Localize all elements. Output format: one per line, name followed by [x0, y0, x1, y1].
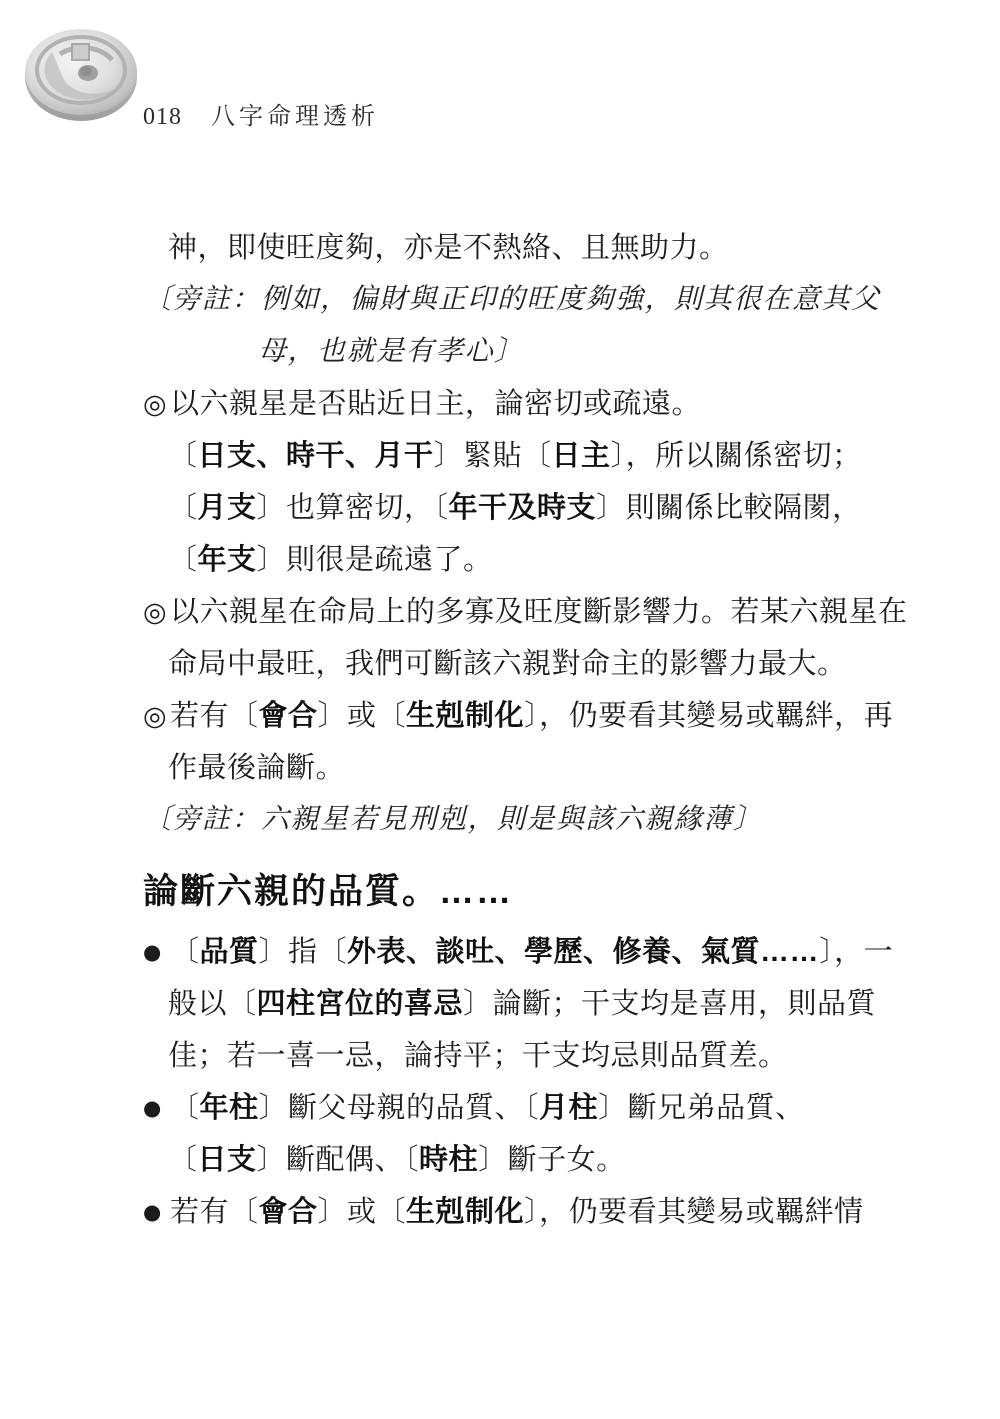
emphasized-term: 年干及時支 [449, 492, 597, 524]
text-line: ●〔品質〕指〔外表、談吐、學歷、修養、氣質……〕，一 [143, 926, 933, 978]
emphasized-term: 外表、談吐、學歷、修養、氣質…… [347, 936, 819, 968]
sidenote-line: 母，也就是有孝心〕 [143, 326, 933, 378]
text-line: ◎以六親星在命局上的多寡及旺度斷影響力。若某六親星在 [143, 586, 933, 638]
text-segment: 〔 [168, 544, 198, 576]
text-line: ●若有〔會合〕或〔生剋制化〕，仍要看其變易或羈絆情 [143, 1186, 933, 1238]
text-segment: 佳；若一喜一忌，論持平；干支均忌則品質差。 [168, 1040, 788, 1072]
bullet-dot-icon: ● [143, 1082, 170, 1134]
text-segment: 〕或〔 [318, 700, 407, 732]
text-segment: 若有〔 [170, 1196, 259, 1228]
text-line: ◎以六親星是否貼近日主，論密切或疏遠。 [143, 378, 933, 430]
text-segment: 〕則很是疏遠了。 [257, 544, 493, 576]
emphasized-term: 日支 [198, 1144, 257, 1176]
text-segment: 〔 [168, 492, 198, 524]
text-segment: 〕也算密切，〔 [257, 492, 449, 524]
text-line: ◎若有〔會合〕或〔生剋制化〕，仍要看其變易或羈絆，再 [143, 690, 933, 742]
text-segment: 〔 [168, 440, 198, 472]
text-segment: 〕斷子女。 [478, 1144, 626, 1176]
text-segment: 〕則關係比較隔閡， [596, 492, 862, 524]
text-segment: 若有〔 [170, 700, 259, 732]
text-segment: 〕論斷；干支均是喜用，則品質 [463, 988, 876, 1020]
text-line: 般以〔四柱宮位的喜忌〕論斷；干支均是喜用，則品質 [143, 978, 933, 1030]
page-number: 018 [143, 104, 182, 131]
emphasized-term: 會合 [259, 1196, 318, 1228]
emphasized-term: 生剋制化 [406, 700, 524, 732]
text-line: 〔日支、時干、月干〕緊貼〔日主〕，所以關係密切； [143, 430, 933, 482]
bullet-dot-icon: ● [143, 926, 170, 978]
text-segment: 〕，仍要看其變易或羈絆情 [524, 1196, 864, 1228]
text-line: 〔日支〕斷配偶、〔時柱〕斷子女。 [143, 1134, 933, 1186]
text-segment: 〕指〔 [259, 936, 348, 968]
emphasized-term: 時柱 [419, 1144, 478, 1176]
text-segment: 〕斷配偶、〔 [257, 1144, 420, 1176]
text-segment: 〔 [170, 936, 200, 968]
text-line: 作最後論斷。 [143, 742, 933, 794]
sidenote-line: 〔旁註：六親星若見刑剋，則是與該六親緣薄〕 [143, 794, 933, 846]
emphasized-term: 年柱 [200, 1092, 259, 1124]
text-segment: 論斷六親的品質。…… [143, 872, 513, 911]
emphasized-term: 品質 [200, 936, 259, 968]
text-line: ●〔年柱〕斷父母親的品質、〔月柱〕斷兄弟品質、 [143, 1082, 933, 1134]
bullet-circle-icon: ◎ [143, 379, 170, 431]
text-segment: 〕斷兄弟品質、 [598, 1092, 805, 1124]
bullet-circle-icon: ◎ [143, 691, 170, 743]
emphasized-term: 日主 [552, 440, 611, 472]
text-segment: 作最後論斷。 [168, 752, 345, 784]
emphasized-term: 四柱宮位的喜忌 [257, 988, 464, 1020]
text-line: 佳；若一喜一忌，論持平；干支均忌則品質差。 [143, 1030, 933, 1082]
text-segment: 〕或〔 [318, 1196, 407, 1228]
body-text: 神，即使旺度夠，亦是不熱絡、且無助力。〔旁註：例如，偏財與正印的旺度夠強，則其很… [143, 222, 933, 1238]
running-header: 018 八字命理透析 [143, 96, 379, 131]
text-segment: 母，也就是有孝心〕 [258, 336, 524, 367]
text-line: 〔月支〕也算密切，〔年干及時支〕則關係比較隔閡， [143, 482, 933, 534]
text-segment: 般以〔 [168, 988, 257, 1020]
text-segment: 〕，仍要看其變易或羈絆，再 [524, 700, 893, 732]
emphasized-term: 月柱 [539, 1092, 598, 1124]
emphasized-term: 會合 [259, 700, 318, 732]
text-segment: 〕緊貼〔 [434, 440, 552, 472]
bullet-dot-icon: ● [143, 1186, 170, 1238]
publisher-logo [22, 22, 140, 124]
text-segment: 神，即使旺度夠，亦是不熱絡、且無助力。 [168, 232, 729, 264]
text-segment: 〔 [168, 1144, 198, 1176]
section-heading: 論斷六親的品質。…… [143, 864, 933, 920]
emphasized-term: 年支 [198, 544, 257, 576]
text-segment: 〕斷父母親的品質、〔 [259, 1092, 540, 1124]
text-line: 命局中最旺，我們可斷該六親對命主的影響力最大。 [143, 638, 933, 690]
sidenote-line: 〔旁註：例如，偏財與正印的旺度夠強，則其很在意其父 [143, 274, 933, 326]
publisher-logo-icon [22, 22, 140, 124]
book-title: 八字命理透析 [211, 103, 379, 130]
emphasized-term: 日支、時干、月干 [198, 440, 434, 472]
emphasized-term: 生剋制化 [406, 1196, 524, 1228]
text-segment: 〔 [170, 1092, 200, 1124]
text-line: 〔年支〕則很是疏遠了。 [143, 534, 933, 586]
text-segment: 〕，所以關係密切； [611, 440, 862, 472]
book-page: 018 八字命理透析 神，即使旺度夠，亦是不熱絡、且無助力。〔旁註：例如，偏財與… [0, 0, 1000, 1419]
text-segment: 命局中最旺，我們可斷該六親對命主的影響力最大。 [168, 648, 847, 680]
text-segment: 〔旁註：六親星若見刑剋，則是與該六親緣薄〕 [143, 804, 763, 835]
text-segment: 以六親星是否貼近日主，論密切或疏遠。 [170, 388, 701, 420]
bullet-circle-icon: ◎ [143, 587, 170, 639]
text-segment: 〔旁註：例如，偏財與正印的旺度夠強，則其很在意其父 [143, 284, 881, 315]
emphasized-term: 月支 [198, 492, 257, 524]
text-line: 神，即使旺度夠，亦是不熱絡、且無助力。 [143, 222, 933, 274]
text-segment: 以六親星在命局上的多寡及旺度斷影響力。若某六親星在 [170, 596, 908, 628]
text-segment: 〕，一 [819, 936, 893, 968]
